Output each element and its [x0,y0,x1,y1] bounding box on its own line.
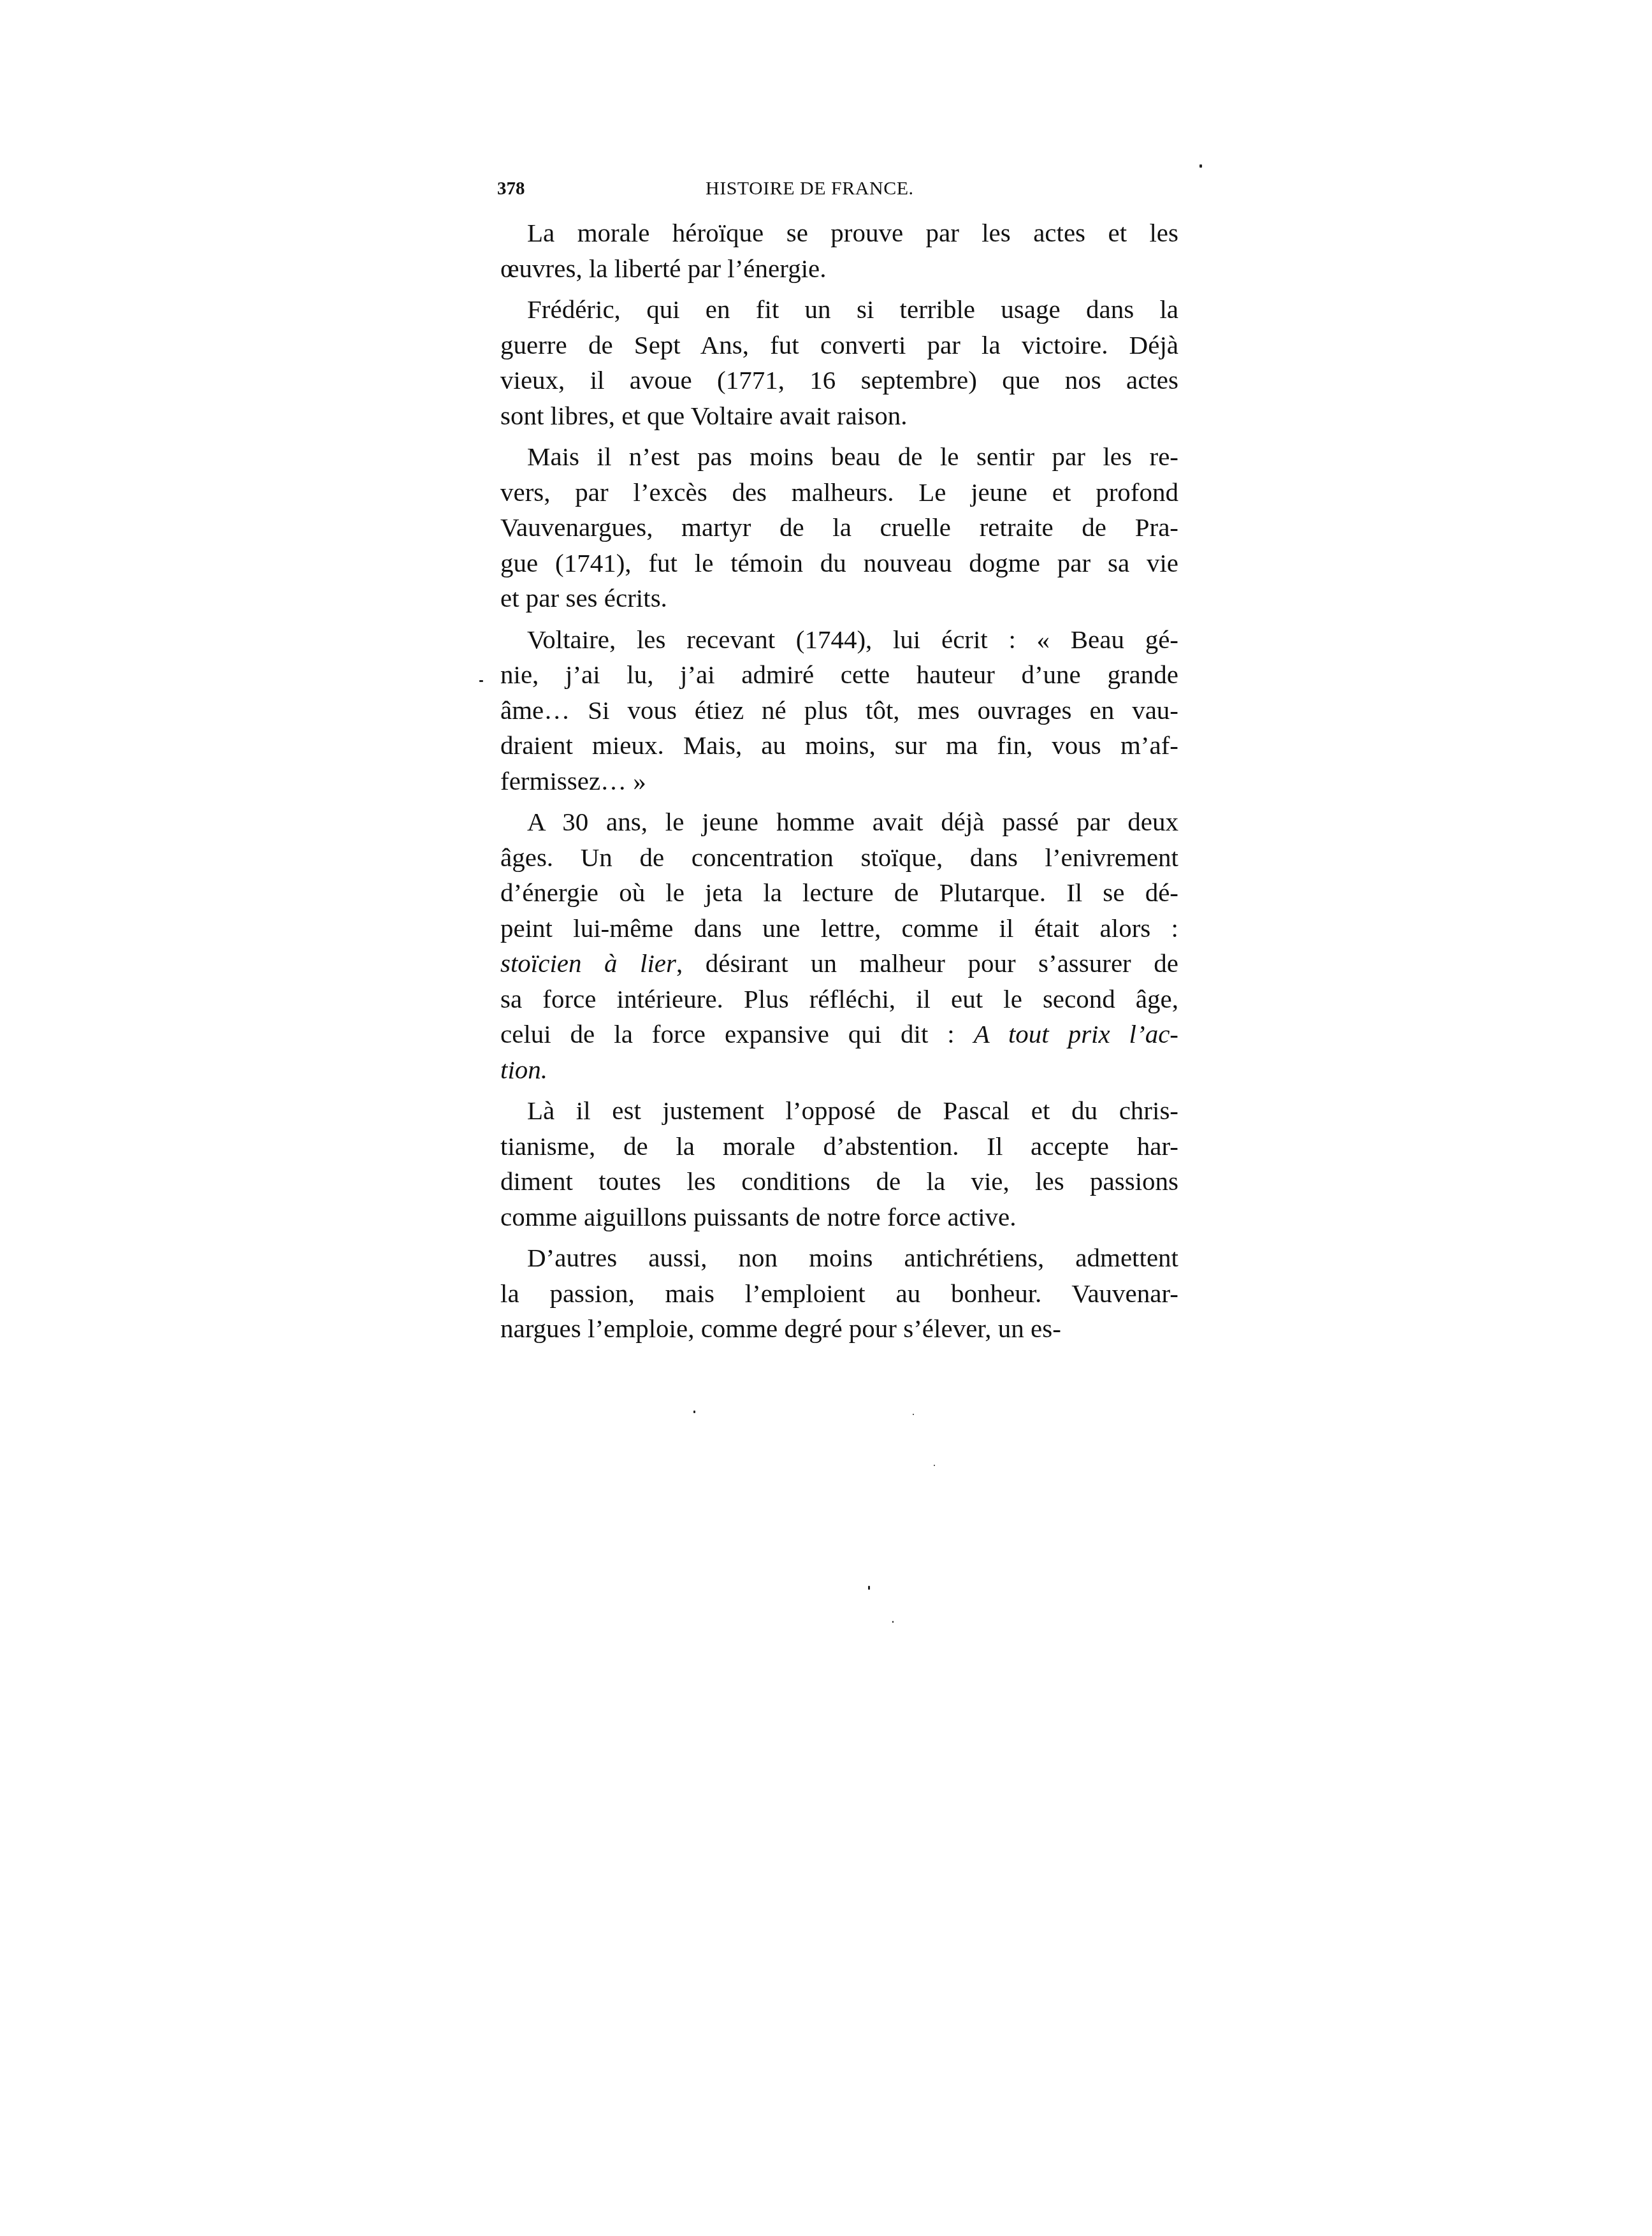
text-line: âme… Si vous étiez né plus tôt, mes ouvr… [500,693,1178,729]
text-run: fermissez… » [500,766,646,795]
text-run: nie, j’ai lu, j’ai admiré cette hauteur … [500,660,1178,689]
scan-speck [868,1586,870,1590]
text-run: nargues l’emploie, comme degré pour s’él… [500,1314,1061,1343]
scan-speck [892,1621,894,1623]
text-line: draient mieux. Mais, au moins, sur ma fi… [500,728,1178,764]
text-line: la passion, mais l’emploient au bonheur.… [500,1276,1178,1312]
scan-speck [913,1414,914,1415]
text-line: Vauvenargues, martyr de la cruelle retra… [500,510,1178,546]
text-run: sa force intérieure. Plus réfléchi, il e… [500,984,1178,1013]
text-line: diment toutes les conditions de la vie, … [500,1164,1178,1200]
text-line: nargues l’emploie, comme degré pour s’él… [500,1311,1178,1347]
text-run: sont libres, et que Voltaire avait raiso… [500,401,907,430]
scan-speck [479,680,483,682]
text-run: Mais il n’est pas moins beau de le senti… [527,442,1178,471]
text-run: d’énergie où le jeta la lecture de Pluta… [500,878,1178,907]
running-head: 378 HISTOIRE DE FRANCE. [497,177,1178,200]
text-line: œuvres, la liberté par l’énergie. [500,251,1178,287]
paragraph: D’autres aussi, non moins antichrétiens,… [500,1240,1178,1347]
paragraph: Là il est justement l’opposé de Pascal e… [500,1093,1178,1235]
italic-text: stoïcien à lier [500,948,676,978]
text-line: Frédéric, qui en fit un si terrible usag… [500,292,1178,328]
paragraph: Mais il n’est pas moins beau de le senti… [500,439,1178,616]
paragraph: Frédéric, qui en fit un si terrible usag… [500,292,1178,433]
text-line: sa force intérieure. Plus réfléchi, il e… [500,982,1178,1017]
text-run: œuvres, la liberté par l’énergie. [500,254,827,283]
text-line: d’énergie où le jeta la lecture de Pluta… [500,875,1178,911]
text-line: gue (1741), fut le témoin du nouveau dog… [500,546,1178,581]
text-run: vieux, il avoue (1771, 16 septembre) que… [500,365,1178,395]
text-run: gue (1741), fut le témoin du nouveau dog… [500,548,1178,577]
scan-speck [693,1411,695,1413]
text-run: Vauvenargues, martyr de la cruelle retra… [500,512,1178,542]
text-line: et par ses écrits. [500,581,1178,616]
page-number: 378 [497,177,525,200]
text-run: la passion, mais l’emploient au bonheur.… [500,1279,1178,1308]
text-line: nie, j’ai lu, j’ai admiré cette hauteur … [500,657,1178,693]
text-line: Mais il n’est pas moins beau de le senti… [500,439,1178,475]
text-line: sont libres, et que Voltaire avait raiso… [500,398,1178,434]
text-run: celui de la force expansive qui dit : [500,1019,974,1049]
text-line: tion. [500,1052,1178,1088]
text-run: Frédéric, qui en fit un si terrible usag… [527,294,1178,324]
text-run: et par ses écrits. [500,583,667,613]
text-line: Voltaire, les recevant (1744), lui écrit… [500,622,1178,658]
text-run: vers, par l’excès des malheurs. Le jeune… [500,477,1178,507]
text-run: A 30 ans, le jeune homme avait déjà pass… [527,807,1178,836]
book-page: 378 HISTOIRE DE FRANCE. La morale héroïq… [0,0,1652,2236]
text-line: D’autres aussi, non moins antichrétiens,… [500,1240,1178,1276]
text-run: tianisme, de la morale d’abstention. Il … [500,1131,1178,1161]
paragraph: Voltaire, les recevant (1744), lui écrit… [500,622,1178,799]
text-run: , désirant un malheur pour s’assurer de [676,948,1178,978]
text-run: D’autres aussi, non moins antichrétiens,… [527,1243,1178,1272]
text-line: Là il est justement l’opposé de Pascal e… [500,1093,1178,1129]
scan-speck [934,1465,935,1466]
body-text: La morale héroïque se prouve par les act… [500,215,1178,1353]
text-run: peint lui-même dans une lettre, comme il… [500,913,1178,943]
text-line: stoïcien à lier, désirant un malheur pou… [500,946,1178,982]
running-title: HISTOIRE DE FRANCE. [706,177,913,200]
text-line: A 30 ans, le jeune homme avait déjà pass… [500,804,1178,840]
text-line: celui de la force expansive qui dit : A … [500,1017,1178,1052]
paragraph: A 30 ans, le jeune homme avait déjà pass… [500,804,1178,1087]
text-run: Voltaire, les recevant (1744), lui écrit… [527,625,1178,654]
text-run: Là il est justement l’opposé de Pascal e… [527,1096,1178,1125]
text-line: vieux, il avoue (1771, 16 septembre) que… [500,363,1178,398]
paragraph: La morale héroïque se prouve par les act… [500,215,1178,286]
text-line: comme aiguillons puissants de notre forc… [500,1200,1178,1235]
text-line: La morale héroïque se prouve par les act… [500,215,1178,251]
italic-text: tion. [500,1055,547,1084]
text-line: vers, par l’excès des malheurs. Le jeune… [500,475,1178,511]
text-line: tianisme, de la morale d’abstention. Il … [500,1129,1178,1165]
text-line: guerre de Sept Ans, fut converti par la … [500,328,1178,363]
text-run: draient mieux. Mais, au moins, sur ma fi… [500,730,1178,760]
italic-text: A tout prix l’ac- [974,1019,1178,1049]
text-run: guerre de Sept Ans, fut converti par la … [500,330,1178,359]
text-run: diment toutes les conditions de la vie, … [500,1166,1178,1196]
text-line: fermissez… » [500,764,1178,799]
text-line: peint lui-même dans une lettre, comme il… [500,911,1178,947]
text-line: âges. Un de concentration stoïque, dans … [500,840,1178,876]
scan-speck [1199,164,1202,168]
text-run: âme… Si vous étiez né plus tôt, mes ouvr… [500,695,1178,725]
text-run: âges. Un de concentration stoïque, dans … [500,843,1178,872]
text-run: La morale héroïque se prouve par les act… [527,218,1178,247]
text-run: comme aiguillons puissants de notre forc… [500,1202,1017,1231]
